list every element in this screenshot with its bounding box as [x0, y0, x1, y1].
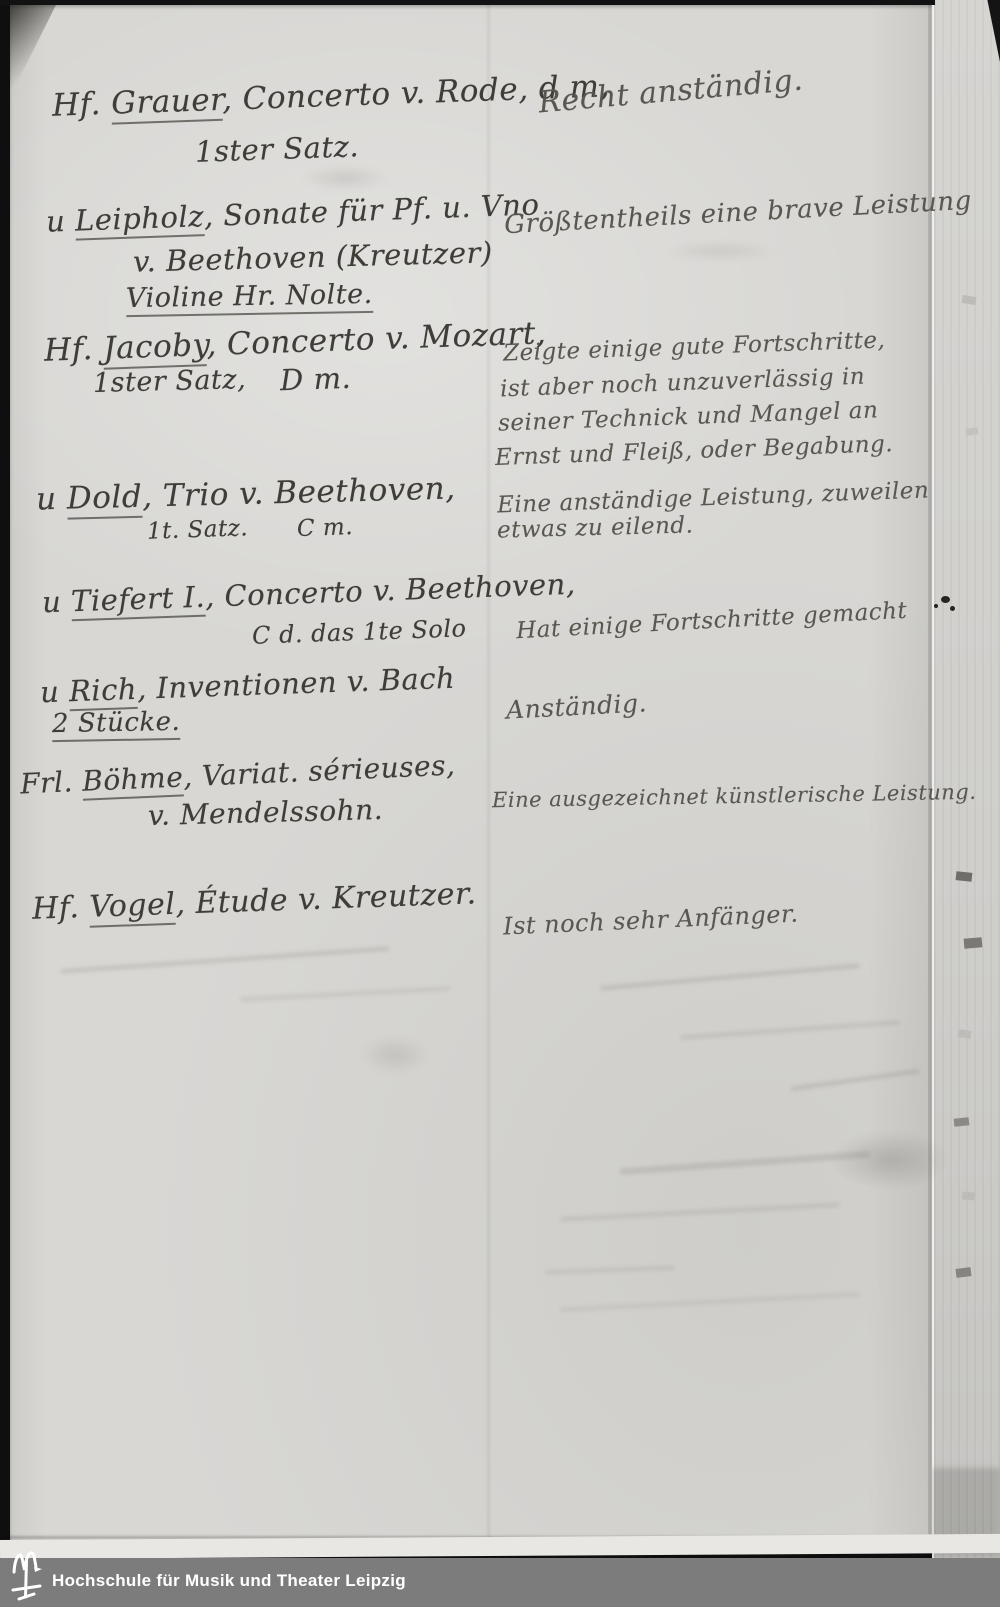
scan-border-left	[0, 0, 10, 1558]
student-name: Grauer	[111, 82, 223, 125]
student-name: Dold	[66, 479, 142, 520]
stain	[360, 1035, 430, 1075]
stain	[660, 240, 780, 262]
entry-piece-line: 1t. Satz.	[147, 515, 249, 545]
hmt-leipzig-logo-icon	[6, 1545, 48, 1605]
edge-tear	[958, 1029, 972, 1039]
ink-spot	[934, 604, 938, 608]
student-name: Jacoby	[103, 327, 207, 370]
entry-piece-line: 1ster Satz,	[93, 364, 247, 399]
entry-piece-line: Violine Hr. Nolte.	[126, 279, 373, 314]
student-name: Tiefert I.	[70, 580, 205, 622]
student-name: Böhme	[82, 760, 185, 800]
edge-tear	[964, 937, 983, 949]
entry-piece-line: v. Mendelssohn.	[148, 793, 384, 832]
entry-piece-line: C m.	[297, 514, 354, 542]
ink-spot	[950, 606, 955, 611]
entry-piece-line: D m.	[279, 361, 351, 397]
edge-tear	[956, 871, 973, 882]
archive-scan-page: Hf. Grauer, Concerto v. Rode, d m, 1ster…	[0, 0, 1000, 1607]
ink-spot	[941, 596, 950, 603]
stain	[300, 165, 390, 191]
sheet-right-edge	[928, 0, 931, 1558]
scan-border-top	[0, 0, 935, 5]
edge-tear	[962, 1191, 976, 1200]
student-name: Vogel	[89, 887, 176, 928]
bleed-through-ghost	[830, 1130, 950, 1190]
entry-piece-line: 1ster Satz.	[194, 129, 359, 169]
evaluation-line: etwas zu eilend.	[497, 512, 694, 543]
footer-institution-title: Hochschule für Musik und Theater Leipzig	[52, 1571, 406, 1591]
entry-piece-line: 2 Stücke.	[52, 707, 181, 739]
student-name: Rich	[68, 672, 137, 711]
edge-tear	[956, 1267, 972, 1278]
edge-tear	[954, 1117, 970, 1127]
student-name: Leipholz	[74, 199, 204, 240]
